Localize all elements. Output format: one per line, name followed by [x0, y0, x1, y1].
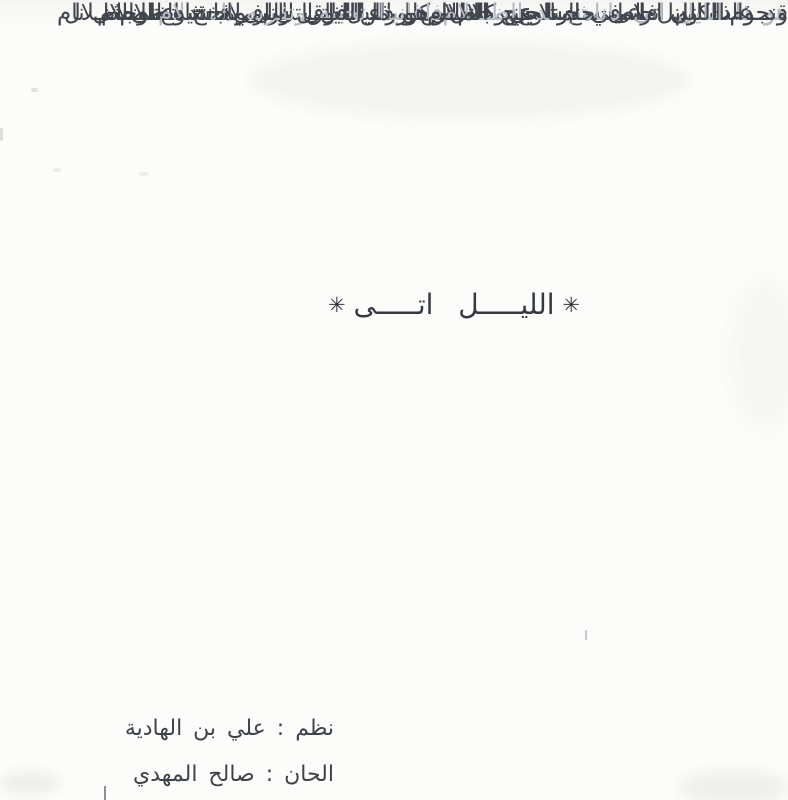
- hemistich-right: ونجوم الليل ترعى حلمنا عند المـنام: [427, 0, 788, 28]
- scan-speck: [139, 172, 148, 176]
- scan-speck: [31, 88, 38, 92]
- scan-speck: [0, 128, 3, 141]
- credits-block: نظم : علي بن الهادية الحان : صالح المهدي: [84, 712, 334, 800]
- scanned-song-sheet: ✳ الليـــــل اتـــــى ✳ هـــو ذا الليل ا…: [0, 0, 788, 800]
- scan-smudge: [250, 40, 690, 120]
- asterisk-icon: ✳: [328, 295, 346, 316]
- credit-melody: الحان : صالح المهدي: [84, 758, 334, 800]
- hemistich-left: هو ذا الليـــل اتى باناشيد الضلام: [101, 0, 427, 28]
- scan-smudge: [0, 772, 60, 794]
- credit-composer: نظم : علي بن الهادية: [84, 712, 334, 758]
- asterisk-icon: ✳: [562, 295, 580, 316]
- scan-speck: [53, 168, 61, 172]
- scan-pen-mark: [585, 630, 587, 640]
- poem-line: ونجوم الليل ترعى حلمنا عند المـنام هو ذا…: [101, 0, 788, 28]
- scan-smudge: [680, 770, 788, 800]
- scan-smudge: [730, 280, 788, 430]
- song-title-row: ✳ الليـــــل اتـــــى ✳: [328, 284, 580, 326]
- page-title: الليـــــل اتـــــى: [353, 290, 554, 321]
